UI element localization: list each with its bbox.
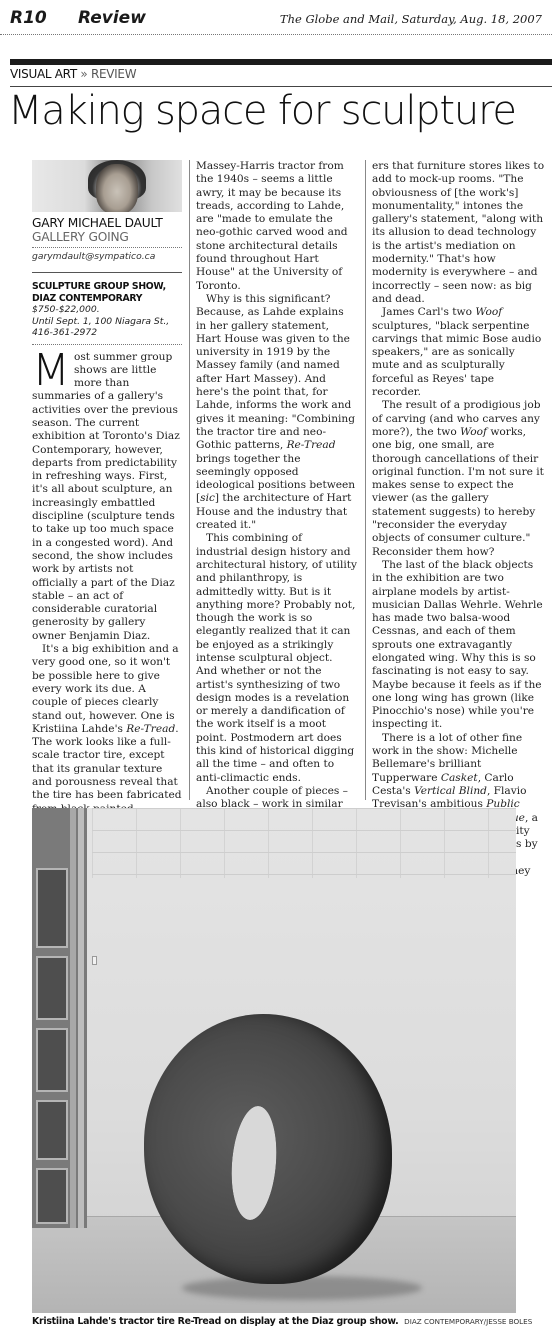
- page-folio: R10 Review The Globe and Mail, Saturday,…: [10, 8, 542, 30]
- headline: Making space for sculpture: [8, 88, 516, 134]
- author-portrait: [32, 160, 182, 212]
- paragraph-text: ost summer group shows are little more t…: [32, 351, 180, 642]
- paragraph: It's a big exhibition and a very good on…: [32, 643, 182, 829]
- paragraph: This combining of industrial design hist…: [196, 532, 357, 785]
- paragraph: Massey-Harris tractor from the 1940s – s…: [196, 160, 357, 293]
- kicker-category: VISUAL ART: [10, 67, 77, 81]
- paragraph-text: sculptures, "black serpentine carvings t…: [372, 320, 541, 398]
- door-pane: [36, 868, 68, 948]
- infobox-title: SCULPTURE GROUP SHOW, DIAZ CONTEMPORARY: [32, 281, 182, 304]
- sic-marker: sic: [200, 492, 215, 504]
- section-rule: [10, 59, 552, 65]
- portrait-face: [96, 164, 138, 212]
- article-column-2: Massey-Harris tractor from the 1940s – s…: [189, 160, 357, 800]
- infobox-divider: [32, 272, 182, 273]
- garage-door: [32, 808, 87, 1228]
- paragraph-text: James Carl's two: [382, 306, 475, 318]
- photo-credit: DIAZ CONTEMPORARY/JESSE BOLES: [404, 1317, 532, 1326]
- door-pane: [36, 1028, 68, 1092]
- paragraph: The last of the black objects in the exh…: [372, 559, 545, 732]
- caption-text: Kristiina Lahde's tractor tire Re-Tread …: [32, 1316, 398, 1327]
- folio-divider: [0, 34, 552, 35]
- kicker: VISUAL ART » REVIEW: [10, 67, 136, 81]
- author-name: GARY MICHAEL DAULT: [32, 216, 182, 230]
- artwork-title: Re-Tread: [287, 439, 336, 451]
- brick-wall-texture: [92, 808, 516, 878]
- paragraph-text: It's a big exhibition and a very good on…: [32, 643, 179, 735]
- kicker-separator: »: [80, 67, 87, 81]
- photo-caption: Kristiina Lahde's tractor tire Re-Tread …: [32, 1316, 532, 1327]
- paragraph-text: ers that furniture stores likes to add t…: [372, 160, 544, 305]
- artwork-photo: [32, 808, 516, 1313]
- kicker-subcategory: REVIEW: [91, 67, 136, 81]
- page-number: R10: [10, 8, 47, 28]
- door-pane: [36, 956, 68, 1020]
- door-pane: [36, 1168, 68, 1224]
- publication-dateline: The Globe and Mail, Saturday, Aug. 18, 2…: [280, 12, 542, 26]
- byline-divider: [32, 247, 182, 248]
- paragraph-text: ] the architecture of Hart House and the…: [196, 492, 351, 531]
- article-column-1: GARY MICHAEL DAULT GALLERY GOING garymda…: [32, 160, 182, 869]
- author-email[interactable]: garymdault@sympatico.ca: [32, 251, 182, 263]
- wall-switch: [92, 956, 97, 965]
- infobox-price: $750-$22,000.: [32, 304, 182, 316]
- paragraph: Why is this significant? Because, as Lah…: [196, 293, 357, 532]
- drop-cap: M: [32, 352, 70, 390]
- artwork-title: Woof: [460, 426, 487, 438]
- artwork-title: Re-Tread: [126, 723, 175, 735]
- paragraph: James Carl's two Woof sculptures, "black…: [372, 306, 545, 399]
- column-name: GALLERY GOING: [32, 230, 182, 244]
- infobox-dates-address: Until Sept. 1, 100 Niagara St.,: [32, 316, 182, 328]
- paragraph: ers that furniture stores likes to add t…: [372, 160, 545, 306]
- door-rail: [78, 808, 84, 1228]
- kicker-rule: [10, 86, 552, 87]
- paragraph-text: This combining of industrial design hist…: [196, 532, 357, 783]
- article-column-3: ers that furniture stores likes to add t…: [365, 160, 545, 800]
- paragraph-text: works, one big, one small, are thorough …: [372, 426, 544, 558]
- paragraph-text: Why is this significant? Because, as Lah…: [196, 293, 355, 451]
- artwork-title: Casket: [441, 772, 478, 784]
- paragraph: Most summer group shows are little more …: [32, 351, 182, 644]
- paragraph-text: Massey-Harris tractor from the 1940s – s…: [196, 160, 348, 292]
- door-pane: [36, 1100, 68, 1160]
- artwork-title: Vertical Blind: [414, 785, 487, 797]
- section-name: Review: [78, 8, 146, 28]
- infobox-phone: 416-361-2972: [32, 327, 182, 339]
- paragraph-text: The last of the black objects in the exh…: [372, 559, 543, 731]
- paragraph: The result of a prodigious job of carvin…: [372, 399, 545, 559]
- door-rail: [70, 808, 76, 1228]
- artwork-title: Woof: [475, 306, 502, 318]
